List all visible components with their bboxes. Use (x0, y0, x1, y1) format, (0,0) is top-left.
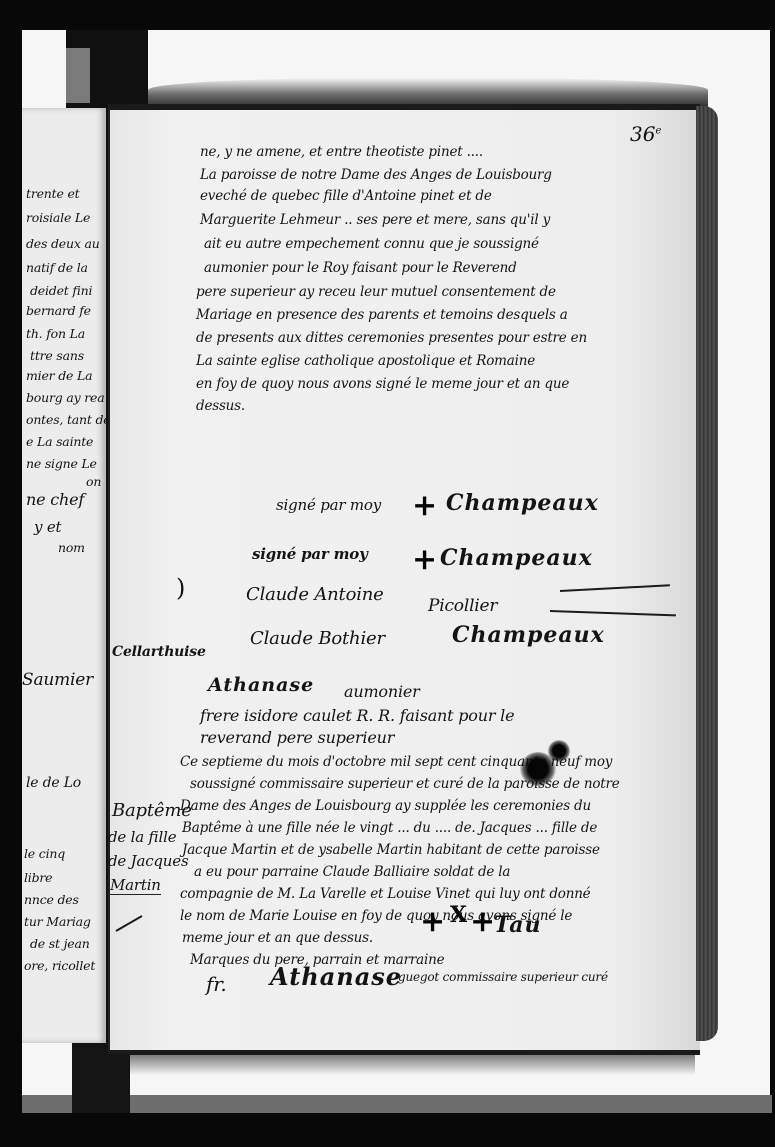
margin-fragment: le de Lo (26, 775, 81, 791)
margin-fragment: on (86, 474, 101, 489)
scan-border-top (0, 0, 775, 30)
bracket-mark: ) (176, 574, 185, 602)
scan-border-left (0, 0, 22, 1147)
entry-line: Baptême à une fille née le vingt ... du … (182, 820, 597, 836)
signature: Champeaux (446, 490, 599, 516)
folio-suffix: e (655, 125, 661, 136)
entry-line: soussigné commissaire superieur et curé … (190, 776, 620, 792)
entry-line: ne, y ne amene, et entre theotiste pinet… (200, 144, 483, 160)
margin-fragment: ontes, tant de (26, 412, 110, 427)
entry-line: compagnie de M. La Varelle et Louise Vin… (180, 886, 590, 902)
margin-fragment: ttre sans (30, 348, 84, 363)
signature: Athanase (208, 674, 314, 696)
ink-blot (548, 740, 570, 762)
entry-line: de presents aux dittes ceremonies presen… (196, 330, 587, 346)
margin-fragment: mier de La (26, 368, 92, 383)
margin-fragment: th. fon La (26, 326, 85, 341)
entry-line: en foy de quoy nous avons signé le meme … (196, 376, 569, 392)
folio-number-value: 36 (630, 122, 655, 146)
scan-border-right (770, 0, 775, 1147)
scan-border-bottom (0, 1112, 775, 1147)
margin-fragment: ne signe Le (26, 456, 97, 471)
margin-fragment: nnce des (24, 892, 79, 907)
mark-label: signé par moy (252, 545, 368, 563)
signature: Champeaux (452, 622, 605, 648)
entry-line: Marguerite Lehmeur .. ses pere et mere, … (200, 212, 550, 228)
margin-fragment: nom (58, 540, 85, 555)
margin-fragment: natif de la (26, 260, 88, 275)
entry-line: meme jour et an que dessus. (182, 930, 373, 946)
margin-title: de la fille (108, 828, 176, 846)
margin-fragment: trente et (26, 186, 79, 201)
margin-fragment: le cinq (24, 846, 65, 861)
entry-line: frere isidore caulet R. R. faisant pour … (200, 706, 514, 725)
cross-mark-icon: + (412, 488, 437, 523)
cross-mark-icon: + (470, 904, 495, 939)
signature-prefix: fr. (206, 972, 227, 996)
witness-signature: Picollier (428, 596, 497, 616)
entry-line: ait eu autre empechement connu que je so… (204, 236, 539, 252)
entry-line: Jacque Martin et de ysabelle Martin habi… (182, 842, 600, 858)
cross-mark-icon: + (420, 904, 445, 939)
mark-label: signé par moy (276, 496, 381, 514)
entry-line: Mariage en presence des parents et temoi… (196, 307, 568, 323)
margin-title: de Jacques (108, 852, 188, 870)
signature: Cellarthuise (112, 644, 206, 660)
entry-line: aumonier pour le Roy faisant pour le Rev… (204, 260, 517, 276)
document-scan: trente et roisiale Le des deux au natif … (0, 0, 775, 1147)
margin-fragment: ore, ricollet (24, 958, 95, 973)
entry-line: reverand pere superieur (200, 728, 394, 747)
margin-fragment: y et (34, 518, 61, 536)
book-spine-detail (66, 48, 90, 103)
book-base (22, 1095, 772, 1113)
margin-fragment: roisiale Le (26, 210, 90, 225)
witness-signature: Claude Antoine (246, 584, 384, 605)
margin-fragment: e La sainte (26, 434, 93, 449)
entry-line: pere superieur ay receu leur mutuel cons… (196, 284, 556, 300)
entry-line: a eu pour parraine Claude Balliaire sold… (194, 864, 510, 880)
mark-name: Tau (494, 912, 542, 938)
margin-fragment: Saumier (22, 670, 93, 690)
margin-fragment: bernard fe (26, 303, 91, 318)
margin-fragment: de st jean (30, 936, 90, 951)
folio-number: 36e (630, 122, 661, 146)
cross-mark-icon: + (412, 542, 437, 577)
signature-title: aumonier (344, 682, 420, 701)
witness-signature: Claude Bothier (250, 628, 385, 649)
entry-line: dessus. (196, 398, 245, 414)
margin-title: Martin (110, 876, 161, 895)
entry-line: La paroisse de notre Dame des Anges de L… (200, 167, 552, 183)
x-mark-icon: X (450, 902, 467, 928)
margin-fragment: bourg ay rea (26, 390, 104, 405)
margin-fragment: ne chef (26, 490, 84, 509)
margin-fragment: des deux au (26, 236, 100, 251)
entry-line: La sainte eglise catholique apostolique … (196, 353, 535, 369)
entry-line: Dame des Anges de Louisbourg ay supplée … (180, 798, 591, 814)
signature-title: guegot commissaire superieur curé (398, 970, 608, 984)
margin-fragment: tur Mariag (24, 914, 91, 929)
signature: Athanase (270, 962, 402, 991)
margin-fragment: deidet fini (30, 283, 92, 298)
signature: Champeaux (440, 545, 593, 571)
page-edge-stack (696, 106, 718, 1041)
margin-fragment: libre (24, 870, 52, 885)
entry-line: eveché de quebec fille d'Antoine pinet e… (200, 188, 492, 204)
